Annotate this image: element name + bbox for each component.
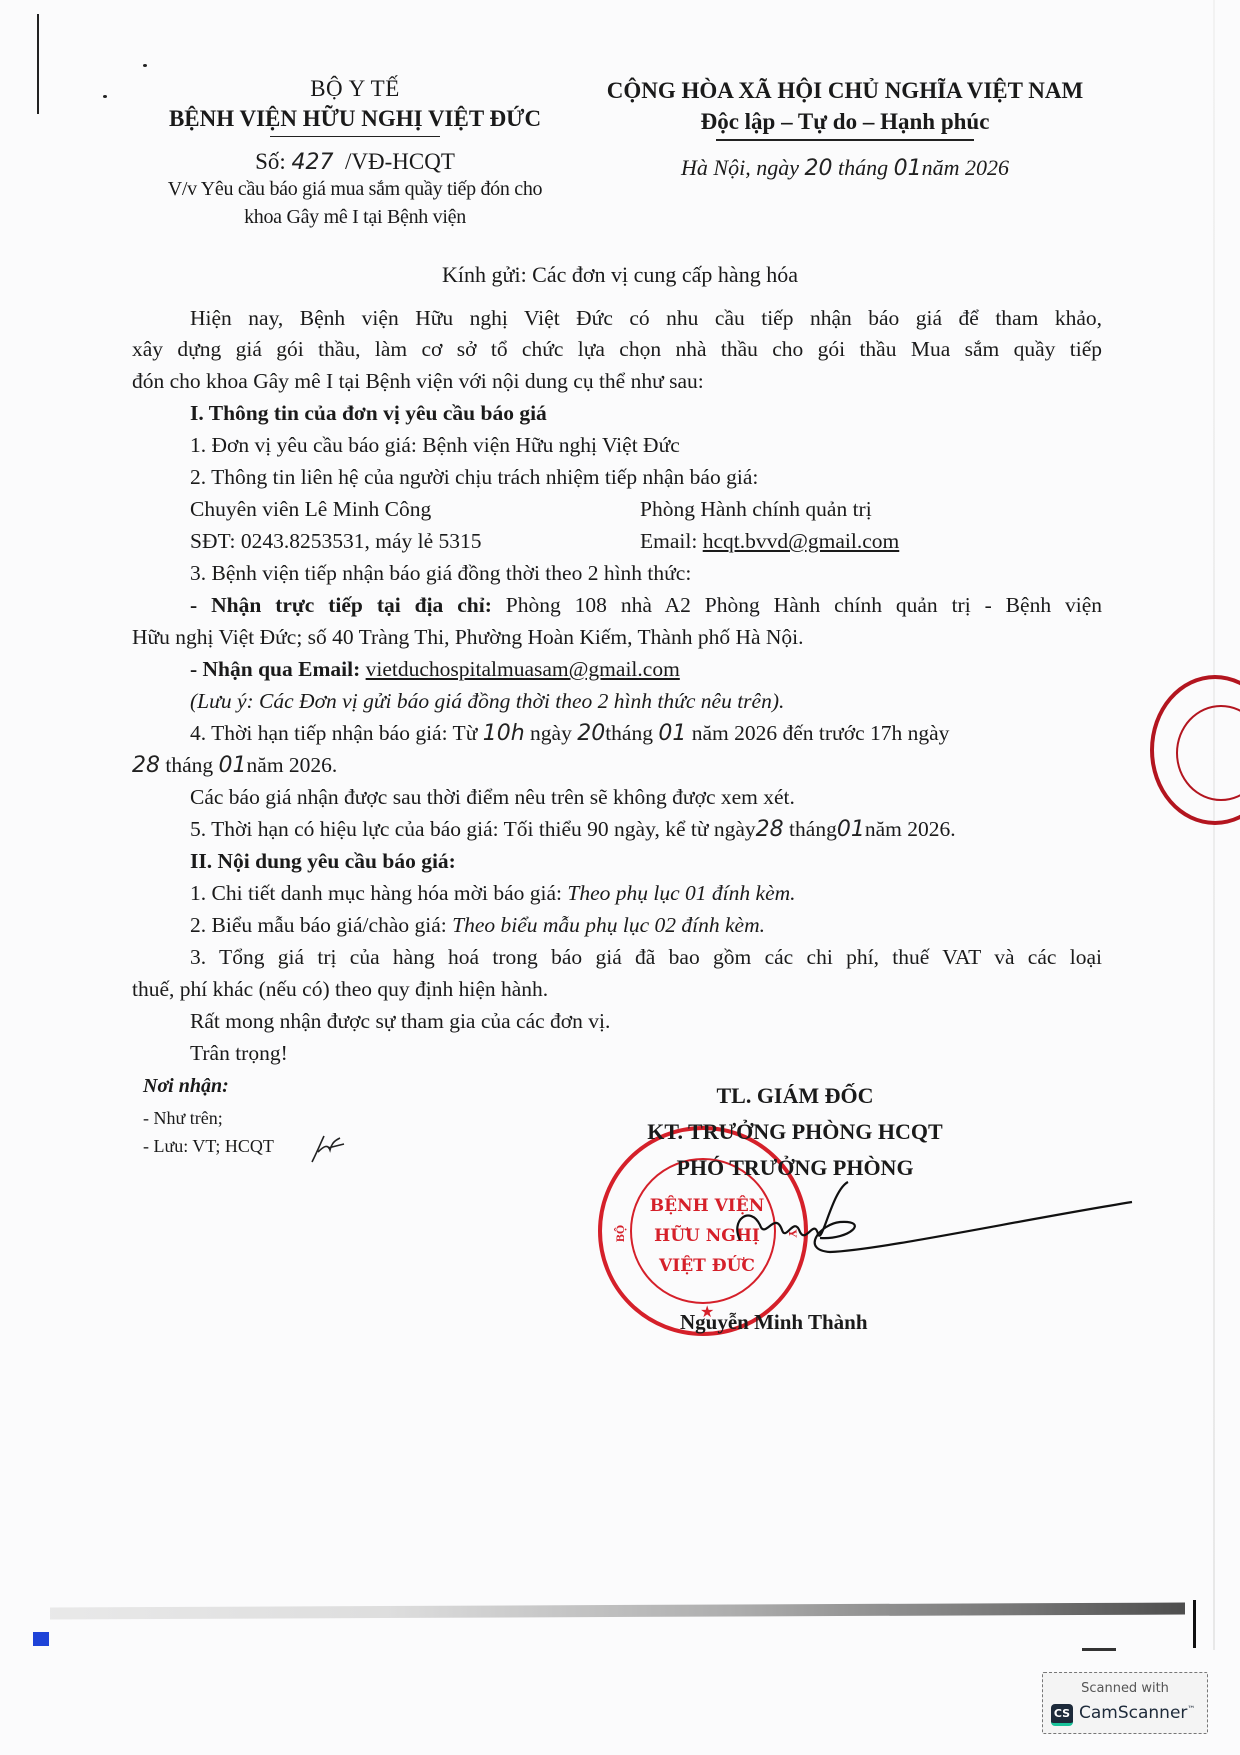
ministry-name: BỘ Y TẾ: [140, 76, 570, 102]
direct-submission-address: Hữu nghị Việt Đức; số 40 Tràng Thi, Phườ…: [132, 625, 804, 650]
camscanner-watermark: Scanned with CS CamScanner™: [1042, 1672, 1208, 1734]
camscanner-logo-icon: CS: [1051, 1704, 1073, 1726]
contact-department: Phòng Hành chính quản trị: [640, 497, 872, 522]
email-submission-label: - Nhận qua Email:: [190, 657, 360, 681]
recipients-title: Nơi nhận:: [143, 1075, 229, 1098]
item5-text-b: tháng: [789, 817, 837, 841]
item2-annex: Theo biểu mẫu phụ lục 02 đính kèm.: [452, 913, 765, 937]
date-day-handwritten: 20: [804, 156, 832, 181]
country-name: CỘNG HÒA XÃ HỘI CHỦ NGHĨA VIỆT NAM: [585, 78, 1105, 104]
number-label: Số:: [255, 149, 286, 174]
item5-text-a: 5. Thời hạn có hiệu lực của báo giá: Tối…: [190, 817, 756, 841]
hospital-name: BỆNH VIỆN HỮU NGHỊ VIỆT ĐỨC: [140, 106, 570, 132]
contact-email-label: Email:: [640, 529, 697, 553]
intro-line-2: xây dựng giá gói thầu, làm cơ sở tổ chức…: [132, 337, 1102, 362]
section-1-item-1: 1. Đơn vị yêu cầu báo giá: Bệnh viện Hữu…: [190, 433, 680, 458]
closing-line: Rất mong nhận được sự tham gia của các đ…: [190, 1009, 610, 1034]
section-2-item-3-cont: thuế, phí khác (nếu có) theo quy định hi…: [132, 977, 548, 1002]
date-month-handwritten: 01: [894, 156, 922, 181]
item5-text-c: năm 2026.: [865, 817, 956, 841]
direct-submission-text: Phòng 108 nhà A2 Phòng Hành chính quản t…: [506, 593, 1102, 617]
section-1-title: I. Thông tin của đơn vị yêu cầu báo giá: [190, 401, 547, 426]
trademark-symbol: ™: [1187, 1704, 1195, 1713]
intro-line-3: đón cho khoa Gây mê I tại Bệnh viện với …: [132, 369, 704, 394]
scan-artifact-dash: [1082, 1648, 1116, 1651]
initials-scribble-icon: [308, 1132, 348, 1166]
page-seal-inner-ring: [1176, 705, 1240, 801]
item4-text-c: tháng: [605, 721, 653, 745]
email-submission: - Nhận qua Email: vietduchospitalmuasam@…: [190, 657, 680, 682]
contact-name: Chuyên viên Lê Minh Công: [190, 497, 431, 522]
item4-text-d: năm 2026 đến trước 17h ngày: [692, 721, 950, 745]
scan-speck: [143, 64, 147, 67]
date-year: năm 2026: [922, 155, 1009, 180]
item4-end-month-handwritten: 01: [219, 753, 247, 778]
issue-date: Hà Nội, ngày 20 tháng 01năm 2026: [585, 155, 1105, 181]
closing-regards: Trân trọng!: [190, 1041, 288, 1066]
national-motto: Độc lập – Tự do – Hạnh phúc: [585, 109, 1105, 135]
direct-submission-label: - Nhận trực tiếp tại địa chỉ:: [190, 593, 492, 617]
issuer-header: BỘ Y TẾ BỆNH VIỆN HỮU NGHỊ VIỆT ĐỨC Số: …: [140, 76, 570, 231]
submission-note: (Lưu ý: Các Đơn vị gửi báo giá đồng thời…: [190, 689, 784, 714]
section-2-item-2: 2. Biểu mẫu báo giá/chào giá: Theo biểu …: [190, 913, 765, 938]
recipient-item: - Như trên;: [143, 1108, 223, 1129]
section-1-item-5: 5. Thời hạn có hiệu lực của báo giá: Tối…: [190, 817, 956, 842]
contact-email-link[interactable]: hcqt.bvvd@gmail.com: [703, 529, 900, 553]
signer-name: Nguyễn Minh Thành: [680, 1310, 868, 1335]
watermark-brand: CamScanner™: [1079, 1703, 1195, 1723]
watermark-caption: Scanned with: [1043, 1681, 1207, 1696]
scan-artifact-blue: [33, 1632, 49, 1646]
section-2-item-1: 1. Chi tiết danh mục hàng hóa mời báo gi…: [190, 881, 796, 906]
recipient-item: - Lưu: VT; HCQT: [143, 1136, 274, 1157]
date-prefix: Hà Nội, ngày: [681, 155, 799, 180]
scan-artifact-bar: [1193, 1600, 1196, 1648]
section-1-item-4-cont: 28 tháng 01năm 2026.: [132, 753, 337, 778]
scan-speck: [103, 95, 107, 98]
contact-phone: SĐT: 0243.8253531, máy lẻ 5315: [190, 529, 482, 554]
item5-month-handwritten: 01: [837, 817, 865, 842]
item4-month-handwritten: 01: [658, 721, 686, 746]
item4-day-handwritten: 20: [577, 721, 605, 746]
section-2-item-3: 3. Tổng giá trị của hàng hoá trong báo g…: [190, 945, 1102, 970]
scan-edge-left: [37, 14, 39, 114]
subject-line-1: V/v Yêu cầu báo giá mua sắm quầy tiếp đó…: [140, 175, 570, 203]
item1-annex: Theo phụ lục 01 đính kèm.: [567, 881, 795, 905]
item2-text: 2. Biểu mẫu báo giá/chào giá:: [190, 913, 447, 937]
email-submission-link[interactable]: vietduchospitalmuasam@gmail.com: [366, 657, 680, 681]
item4-end-day-handwritten: 28: [132, 753, 160, 778]
item4-text-f: năm 2026.: [247, 753, 338, 777]
scan-edge-right: [1213, 0, 1215, 1650]
section-1-item-4: 4. Thời hạn tiếp nhận báo giá: Từ 10h ng…: [190, 721, 1102, 746]
intro-line-1: Hiện nay, Bệnh viện Hữu nghị Việt Đức có…: [190, 306, 1102, 331]
signature-title-2: KT. TRƯỞNG PHÒNG HCQT: [590, 1114, 1000, 1150]
section-1-item-3: 3. Bệnh viện tiếp nhận báo giá đồng thời…: [190, 561, 691, 586]
number-value-handwritten: 427: [292, 150, 334, 175]
scan-artifact-line: [50, 1603, 1185, 1620]
item4-hour-handwritten: 10h: [483, 721, 525, 746]
late-notice: Các báo giá nhận được sau thời điểm nêu …: [190, 785, 795, 810]
stamp-side-left: BỘ: [613, 1225, 628, 1242]
number-suffix: /VĐ-HCQT: [345, 149, 455, 174]
item1-text: 1. Chi tiết danh mục hàng hóa mời báo gi…: [190, 881, 562, 905]
item4-text-e: tháng: [165, 753, 213, 777]
hospital-underline: [270, 136, 440, 137]
section-2-title: II. Nội dung yêu cầu báo giá:: [190, 849, 456, 874]
watermark-brand-name: CamScanner: [1079, 1703, 1187, 1723]
direct-submission: - Nhận trực tiếp tại địa chỉ: Phòng 108 …: [190, 593, 1102, 618]
subject-line-2: khoa Gây mê I tại Bệnh viện: [140, 203, 570, 231]
signature-block: TL. GIÁM ĐỐC KT. TRƯỞNG PHÒNG HCQT PHÓ T…: [590, 1078, 1000, 1186]
document-number: Số: 427 /VĐ-HCQT: [140, 149, 570, 175]
item4-text-a: 4. Thời hạn tiếp nhận báo giá: Từ: [190, 721, 477, 745]
contact-email-row: Email: hcqt.bvvd@gmail.com: [640, 529, 899, 554]
motto-underline: [716, 139, 974, 141]
handwritten-signature-icon: [720, 1180, 1140, 1270]
section-1-item-2: 2. Thông tin liên hệ của người chịu trác…: [190, 465, 758, 490]
item5-day-handwritten: 28: [756, 817, 784, 842]
addressee: Kính gửi: Các đơn vị cung cấp hàng hóa: [0, 262, 1240, 288]
date-month-label: tháng: [838, 155, 888, 180]
signature-title-1: TL. GIÁM ĐỐC: [590, 1078, 1000, 1114]
national-header: CỘNG HÒA XÃ HỘI CHỦ NGHĨA VIỆT NAM Độc l…: [585, 78, 1105, 181]
page-seal-stamp: [1150, 675, 1240, 825]
item4-text-b: ngày: [530, 721, 572, 745]
